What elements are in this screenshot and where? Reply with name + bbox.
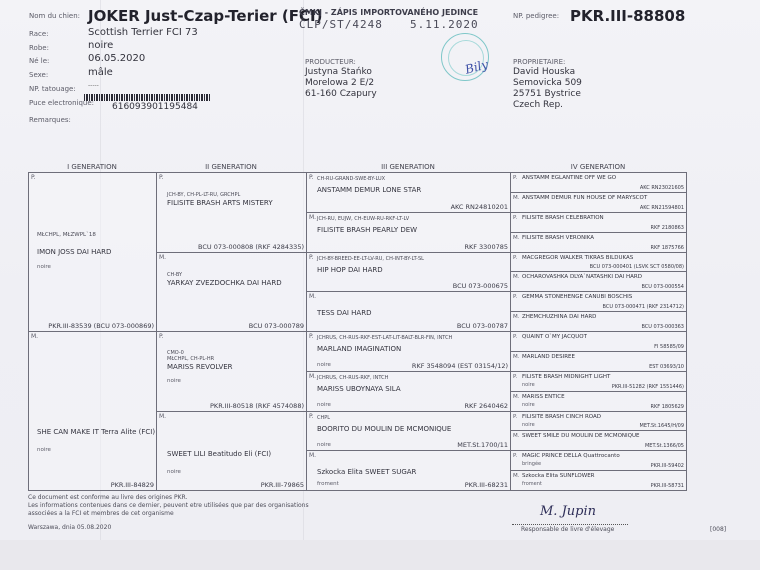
parent-marker: M. <box>159 413 166 420</box>
pedigree-cell: P.CH-RU-GRAND-SWE-BY-LUXANSTAMM DEMUR LO… <box>306 172 511 213</box>
dog-color: noire <box>37 447 51 453</box>
sex-label: Sexe: <box>29 71 48 79</box>
registration-number: BCU 073-000789 <box>249 322 304 330</box>
dog-name: OCHAROVASHKA DLYA`NATASHKI DAI HARD <box>522 274 642 280</box>
owner-line: 25751 Bystrice <box>513 89 581 99</box>
parent-marker: M. <box>513 235 520 241</box>
dog-name: ANSTAMM DEMUR FUN HOUSE OF MARYSCOT <box>522 195 647 201</box>
pedigree-cell: P.FILISITE BRASH CELEBRATIONRKF 2180863 <box>510 212 687 233</box>
registration-number: BCU 073-000675 <box>453 282 508 290</box>
dog-color: bringée <box>522 461 541 467</box>
pedigree-cell: M.JCH-RU, EUJW, CH-EUW-RU-RKF-LT-LVFILIS… <box>306 212 511 253</box>
registration-number: RKF 2640462 <box>464 402 508 410</box>
dog-name: FILISITE BRASH PEARLY DEW <box>317 226 417 234</box>
dog-name: YARKAY ZVEZDOCHKA DAI HARD <box>167 279 282 287</box>
parent-marker: M. <box>309 214 316 221</box>
dog-color: froment <box>317 481 339 487</box>
dog-name: Szkocka Elita SUNFLOWER <box>522 473 595 479</box>
microchip-value: 616093901195484 <box>112 102 198 112</box>
parent-marker: P. <box>513 294 517 300</box>
dog-name: FILISITE BRASH VERONIKA <box>522 235 594 241</box>
owner-line: Semovicka 509 <box>513 78 582 88</box>
registration-number: RKF 1805629 <box>651 404 685 410</box>
parent-marker: M. <box>513 195 520 201</box>
place-date: Warszawa, dnia 05.08.2020 <box>28 524 111 532</box>
registration-number: RKF 1875766 <box>651 245 685 251</box>
dog-name: FILISITE BRASH ARTS MISTERY <box>167 199 273 207</box>
pedigree-cell: P.CHPLBOORITO DU MOULIN DE MCMONIQUEnoir… <box>306 411 511 452</box>
pedigree-cell: M.MARLAND DESIREEEST 03693/10 <box>510 351 687 372</box>
pedigree-number: PKR.III-88808 <box>570 7 685 25</box>
dog-name: ANSTAMM DEMUR LONE STAR <box>317 186 421 194</box>
parent-marker: P. <box>159 333 164 340</box>
parent-marker: P. <box>513 453 517 459</box>
dog-titles: JCH-BY-BREED-EE-LT-LV-RU, CH-INT-BY-LT-S… <box>317 256 424 262</box>
import-date: 5.11.2020 <box>410 18 479 31</box>
parent-marker: P. <box>309 174 314 181</box>
dog-name: GEMMA STONEHENGE CANUBI BOSCHIS <box>522 294 632 300</box>
dog-name: IMON JOSS DAI HARD <box>37 248 111 256</box>
parent-marker: P. <box>513 414 517 420</box>
parent-marker: M. <box>513 394 520 400</box>
parent-marker: M. <box>159 254 166 261</box>
dog-color: noire <box>37 264 51 270</box>
birthdate-value: 06.05.2020 <box>88 53 145 64</box>
dog-name: MARISS REVOLVER <box>167 363 233 371</box>
dog-color: noire <box>522 382 535 388</box>
pedigree-cell: P.ANSTAMM EGLANTINE OFF WE GOAKC RN23021… <box>510 172 687 193</box>
pedigree-cell: M.OCHAROVASHKA DLYA`NATASHKI DAI HARDBCU… <box>510 271 687 292</box>
producer-line: Justyna Stańko <box>305 67 372 77</box>
dog-color: noire <box>167 378 181 384</box>
producer-label: PRODUCTEUR: <box>305 58 356 66</box>
dog-titles: CMO-0 MŁCHPL, CH-PL-HR <box>167 350 214 362</box>
document-code: [008] <box>710 526 726 534</box>
registration-number: MET.St.1366/05 <box>645 443 684 449</box>
dog-name: MARLAND DESIREE <box>522 354 575 360</box>
race-label: Race: <box>29 30 49 38</box>
dog-titles: JCH-RU, EUJW, CH-EUW-RU-RKF-LT-LV <box>317 216 409 222</box>
dog-name: ZHEMCHUZHINA DAI HARD <box>522 314 596 320</box>
parent-marker: P. <box>513 215 517 221</box>
owner-line: Czech Rep. <box>513 100 563 110</box>
parent-marker: M. <box>31 333 38 340</box>
parent-marker: P. <box>513 374 517 380</box>
parent-marker: P. <box>513 175 517 181</box>
dog-name: HIP HOP DAI HARD <box>317 266 383 274</box>
dog-color: noire <box>522 422 535 428</box>
dog-name: MARISS ENTICE <box>522 394 565 400</box>
parent-marker: P. <box>159 174 164 181</box>
footer-conformity: Ce document est conforme au livre des or… <box>28 494 187 502</box>
footer-usage: Les informations contenues dans ce derni… <box>28 502 309 510</box>
pedigree-document: Nom du chien: JOKER Just-Czap-Terier (FC… <box>0 0 760 540</box>
dog-name: FILISTE BRASH MIDNIGHT LIGHT <box>522 374 610 380</box>
parent-marker: M. <box>309 373 316 380</box>
registration-number: BCU 073-000554 <box>641 284 684 290</box>
pedigree-cell: P.MAGIC PRINCE DELLA Quattrocantobringée… <box>510 450 687 471</box>
dog-name: SHE CAN MAKE IT Terra Alite (FCI) <box>37 428 155 436</box>
registration-stamp <box>441 33 489 81</box>
dog-name: SWEET SMILE DU MOULIN DE MCMONIQUE <box>522 433 639 439</box>
dog-titles: JCHRUS, CH-RUS-RKF, INTCH <box>317 375 388 381</box>
dog-name: Szkocka Elita SWEET SUGAR <box>317 468 416 476</box>
microchip-barcode <box>84 94 210 101</box>
registration-number: MET.St.1645/H/09 <box>640 423 684 429</box>
dog-color: noire <box>317 362 331 368</box>
generation-header: III GENERATION <box>306 163 510 171</box>
dog-name-label: Nom du chien: <box>29 12 80 20</box>
dog-color: noire <box>522 402 535 408</box>
dog-titles: JCH-BY, CH-PL-LT-RU, GRCHPL <box>167 192 240 198</box>
producer-line: Morelowa 2 E/2 <box>305 78 374 88</box>
sex-value: mâle <box>88 67 113 78</box>
generation-header: II GENERATION <box>156 163 306 171</box>
dog-name: SWEET LILI Beatitudo Eli (FCI) <box>167 450 271 458</box>
dog-name: MAGIC PRINCE DELLA Quattrocanto <box>522 453 620 459</box>
dog-titles: CH-BY <box>167 272 182 278</box>
birthdate-label: Né le: <box>29 57 49 65</box>
pedigree-cell: M.SWEET SMILE DU MOULIN DE MCMONIQUEMET.… <box>510 430 687 451</box>
pedigree-cell: M.ANSTAMM DEMUR FUN HOUSE OF MARYSCOTAKC… <box>510 192 687 213</box>
pedigree-cell: M.ZHEMCHUZHINA DAI HARDBCU 073-000363 <box>510 311 687 332</box>
parent-marker: P. <box>309 333 314 340</box>
generation-header: I GENERATION <box>28 163 156 171</box>
registration-number: RKF 2180863 <box>651 225 685 231</box>
dog-color: noire <box>317 442 331 448</box>
pedigree-cell: P.FILISTE BRASH MIDNIGHT LIGHTnoirePKR.I… <box>510 371 687 392</box>
responsible-label: Responsable de livre d'élevage <box>521 526 614 534</box>
pedigree-cell: P.CMO-0 MŁCHPL, CH-PL-HRMARISS REVOLVERn… <box>156 331 307 412</box>
registration-number: AKC RN23021605 <box>640 185 684 191</box>
robe-value: noire <box>88 40 113 51</box>
dog-color: froment <box>522 481 542 487</box>
registration-number: PKR.III-80518 (RKF 4574088) <box>210 402 304 410</box>
pedigree-cell: P.QUAINT O`MY JACQUOTFI 58585/09 <box>510 331 687 352</box>
registration-number: FI 58585/09 <box>654 344 684 350</box>
race-value: Scottish Terrier FCI 73 <box>88 27 198 38</box>
dog-name: FILISITE BRASH CELEBRATION <box>522 215 604 221</box>
pedigree-cell: P.JCHRUS, CH-RUS-RKF-EST-LAT-LIT-BALT-BL… <box>306 331 511 372</box>
dog-titles: MŁCHPL, MŁZWPL`18 <box>37 232 96 238</box>
dog-color: noire <box>317 402 331 408</box>
owner-label: PROPRIETAIRE: <box>513 58 565 66</box>
footer-usage-cont: associées a la FCI et membres de cet org… <box>28 510 174 518</box>
dog-name: QUAINT O`MY JACQUOT <box>522 334 587 340</box>
dog-titles: CH-RU-GRAND-SWE-BY-LUX <box>317 176 385 182</box>
pedigree-cell: M.FILISITE BRASH VERONIKARKF 1875766 <box>510 232 687 253</box>
pedigree-cell: P.FILISITE BRASH CINCH ROADnoireMET.St.1… <box>510 411 687 432</box>
pedigree-cell: M.SHE CAN MAKE IT Terra Alite (FCI)noire… <box>28 331 157 491</box>
pedigree-cell: M.Szkocka Elita SUNFLOWERfromentPKR.III-… <box>510 470 687 491</box>
signature-line <box>512 524 628 525</box>
registration-number: BCU 073-00787 <box>457 322 508 330</box>
registration-number: BCU 073-000808 (RKF 4284335) <box>198 243 304 251</box>
registration-number: PKR.III-59402 <box>651 463 684 469</box>
dog-name: MACGREGOR WALKER TIKRAS BILDUKAS <box>522 255 633 261</box>
registration-number: BCU 073-000401 (LSVK SCT 0580/08) <box>590 264 684 270</box>
responsible-signature: M. Jupin <box>540 504 596 519</box>
dog-titles: CHPL <box>317 415 330 421</box>
pedigree-cell: P.JCH-BY-BREED-EE-LT-LV-RU, CH-INT-BY-LT… <box>306 252 511 293</box>
registration-number: PKR.III-83539 (BCU 073-000869) <box>48 322 154 330</box>
pedigree-cell: M.MARISS ENTICEnoireRKF 1805629 <box>510 391 687 412</box>
robe-label: Robe: <box>29 44 49 52</box>
registration-number: AKC RN24810201 <box>451 203 508 211</box>
dog-name: ANSTAMM EGLANTINE OFF WE GO <box>522 175 616 181</box>
parent-marker: M. <box>309 452 316 459</box>
dog-name: JOKER Just-Czap-Terier (FCI) <box>88 7 322 25</box>
registration-number: RKF 3300785 <box>464 243 508 251</box>
remarks-label: Remarques: <box>29 116 71 124</box>
registration-number: MET.St.1700/11 <box>457 441 508 449</box>
registration-number: BCU 073-000471 (RKF 2314712) <box>603 304 685 310</box>
registration-number: PKR.III-51282 (RKF 1551446) <box>612 384 684 390</box>
pedigree-cell: M.JCHRUS, CH-RUS-RKF, INTCHMARISS UBOYNA… <box>306 371 511 412</box>
dog-name: TESS DAI HARD <box>317 309 371 317</box>
registration-number: EST 03693/10 <box>649 364 684 370</box>
generation-header: IV GENERATION <box>510 163 686 171</box>
pedigree-cell: M.TESS DAI HARDBCU 073-00787 <box>306 291 511 332</box>
tattoo-value: ----- <box>88 82 99 89</box>
dog-name: BOORITO DU MOULIN DE MCMONIQUE <box>317 425 451 433</box>
parent-marker: P. <box>31 174 36 181</box>
registration-number: RKF 3548094 (EST 03154/12) <box>412 362 508 370</box>
registration-number: PKR.III-68231 <box>465 481 508 489</box>
import-title: ČMKJ - ZÁPIS IMPORTOVANÉHO JEDINCE <box>299 8 478 17</box>
parent-marker: M. <box>513 274 520 280</box>
pedigree-cell: M.Szkocka Elita SWEET SUGARfromentPKR.II… <box>306 450 511 491</box>
pedigree-cell: P.MŁCHPL, MŁZWPL`18IMON JOSS DAI HARDnoi… <box>28 172 157 332</box>
pedigree-cell: P.GEMMA STONEHENGE CANUBI BOSCHISBCU 073… <box>510 291 687 312</box>
registration-number: AKC RN21594801 <box>640 205 684 211</box>
producer-line: 61-160 Czapury <box>305 89 377 99</box>
parent-marker: M. <box>513 354 520 360</box>
parent-marker: M. <box>309 293 316 300</box>
dog-name: MARLAND IMAGINATION <box>317 345 401 353</box>
pedigree-cell: M.SWEET LILI Beatitudo Eli (FCI)noirePKR… <box>156 411 307 492</box>
parent-marker: P. <box>309 254 314 261</box>
parent-marker: M. <box>513 473 520 479</box>
pedigree-label: NP. pedigree: <box>513 12 559 20</box>
owner-line: David Houska <box>513 67 575 77</box>
pedigree-cell: P.JCH-BY, CH-PL-LT-RU, GRCHPLFILISITE BR… <box>156 172 307 253</box>
parent-marker: P. <box>309 413 314 420</box>
parent-marker: P. <box>513 334 517 340</box>
parent-marker: M. <box>513 314 520 320</box>
import-number: ČLP/ST/4248 <box>299 18 383 31</box>
registration-number: PKR.III-79865 <box>261 481 304 489</box>
dog-color: noire <box>167 469 181 475</box>
parent-marker: M. <box>513 433 520 439</box>
registration-number: BCU 073-000363 <box>641 324 684 330</box>
pedigree-cell: M.CH-BYYARKAY ZVEZDOCHKA DAI HARDBCU 073… <box>156 252 307 333</box>
dog-titles: JCHRUS, CH-RUS-RKF-EST-LAT-LIT-BALT-BLR-… <box>317 335 452 341</box>
dog-name: FILISITE BRASH CINCH ROAD <box>522 414 601 420</box>
pedigree-cell: P.MACGREGOR WALKER TIKRAS BILDUKASBCU 07… <box>510 252 687 273</box>
dog-name: MARISS UBOYNAYA SILA <box>317 385 401 393</box>
registration-number: PKR.III-58731 <box>651 483 684 489</box>
parent-marker: P. <box>513 255 517 261</box>
tattoo-label: NP. tatouage: <box>29 85 76 93</box>
registration-number: PKR.III-84829 <box>111 481 154 489</box>
